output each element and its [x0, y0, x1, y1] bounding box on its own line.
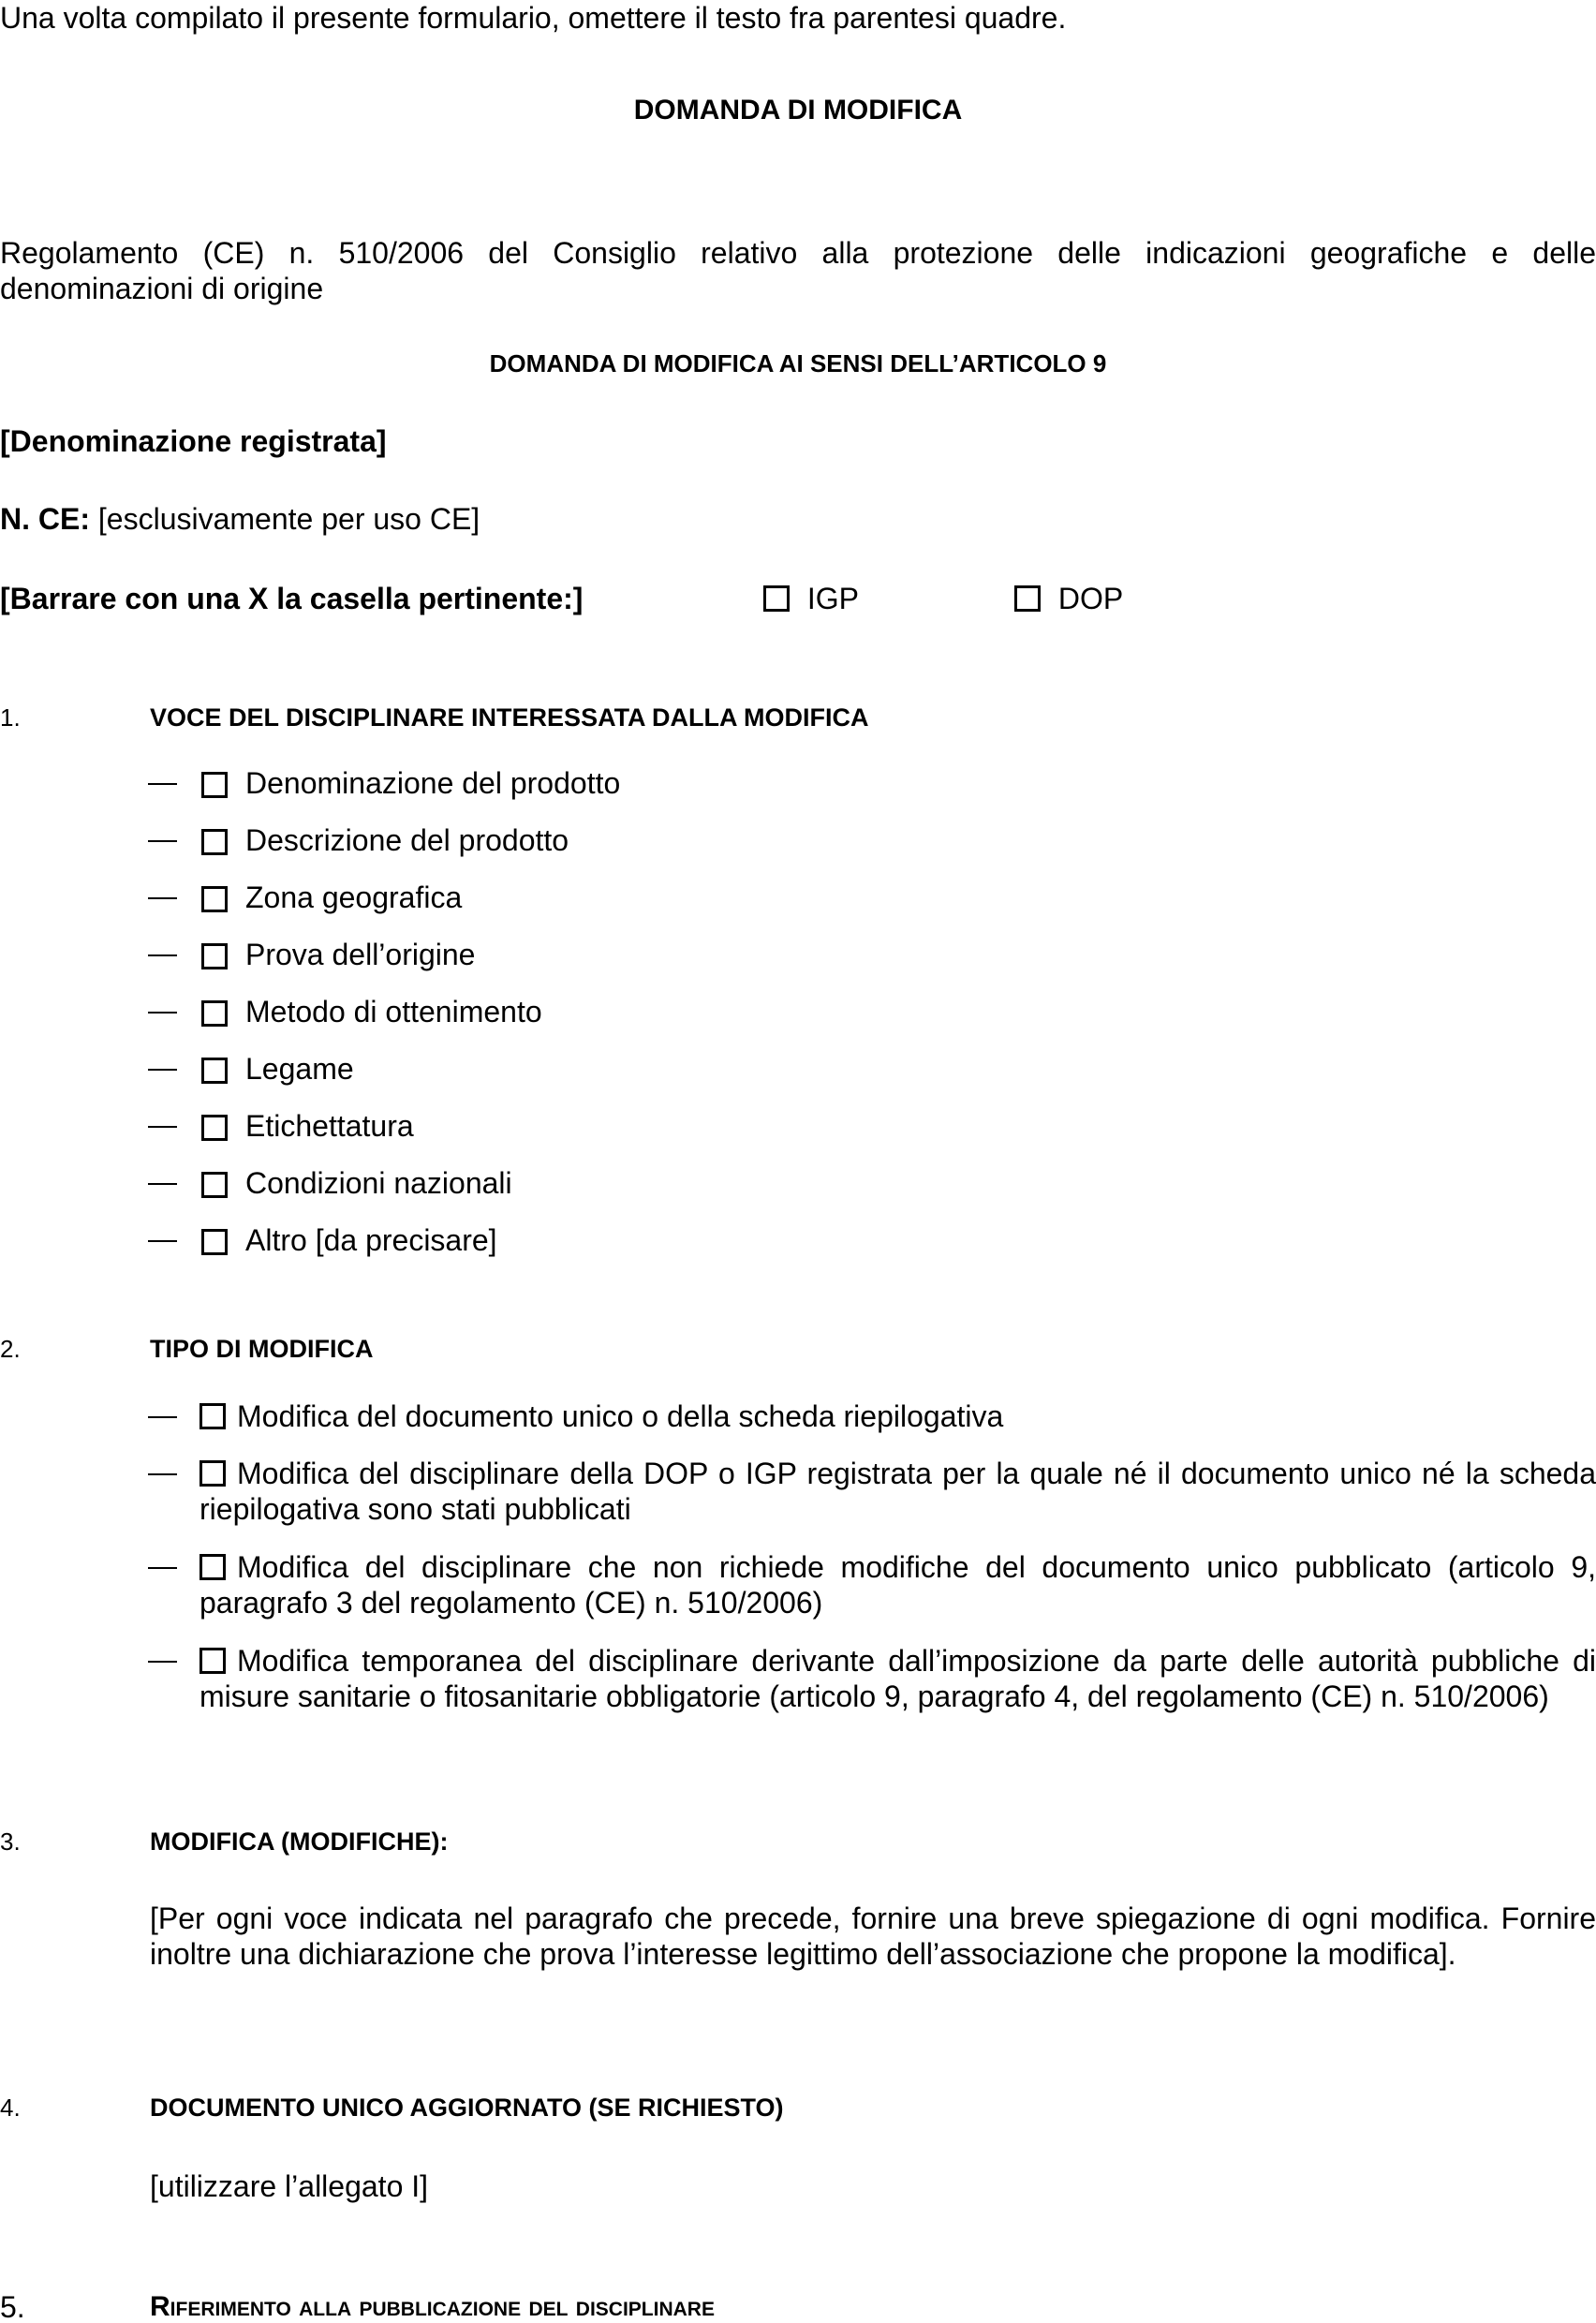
- checklist-item-label[interactable]: Descrizione del prodotto: [245, 822, 569, 858]
- dash-marker: [148, 897, 177, 899]
- item-label: Modifica del disciplinare che non richie…: [199, 1550, 1596, 1620]
- ce-number-value: [esclusivamente per uso CE]: [98, 502, 480, 536]
- modification-type-item[interactable]: Modifica temporanea del disciplinare der…: [199, 1643, 1596, 1714]
- checkbox[interactable]: [201, 829, 228, 855]
- regulation-line-2: denominazioni di origine: [0, 271, 323, 306]
- dash-marker: [148, 840, 177, 842]
- checkbox-dop[interactable]: [1014, 585, 1041, 612]
- checkbox[interactable]: [201, 886, 228, 912]
- section-3-instructions: [Per ogni voce indicata nel paragrafo ch…: [150, 1901, 1596, 1972]
- option-dop[interactable]: DOP: [1014, 581, 1123, 616]
- dash-marker: [148, 1012, 177, 1014]
- item-label: Modifica temporanea del disciplinare der…: [199, 1644, 1596, 1713]
- dash-marker: [148, 1183, 177, 1185]
- document-title: DOMANDA DI MODIFICA: [0, 94, 1596, 127]
- regulation-line-1: Regolamento (CE) n. 510/2006 del Consigl…: [0, 235, 1596, 271]
- document-subtitle: DOMANDA DI MODIFICA AI SENSI DELL’ARTICO…: [0, 348, 1596, 378]
- checkbox-igp[interactable]: [763, 585, 790, 612]
- option-igp-label: IGP: [807, 582, 859, 615]
- dash-marker: [148, 1240, 177, 1242]
- dash-marker: [148, 1661, 177, 1663]
- dash-marker: [148, 1069, 177, 1071]
- checklist-item-label[interactable]: Denominazione del prodotto: [245, 765, 620, 801]
- dash-marker: [148, 1473, 177, 1475]
- checklist-item-label[interactable]: Legame: [245, 1051, 354, 1087]
- section-4-instructions: [utilizzare l’allegato I]: [150, 2168, 428, 2204]
- section-4-number: 4.: [0, 2093, 21, 2123]
- checkbox[interactable]: [201, 772, 228, 798]
- section-1-title: VOCE DEL DISCIPLINARE INTERESSATA DALLA …: [150, 703, 869, 732]
- checklist-item-label[interactable]: Prova dell’origine: [245, 937, 475, 972]
- checklist-item-label[interactable]: Altro [da precisare]: [245, 1222, 497, 1258]
- ce-number-row: N. CE: [esclusivamente per uso CE]: [0, 501, 480, 537]
- checkbox[interactable]: [201, 1058, 228, 1084]
- modification-type-item[interactable]: Modifica del documento unico o della sch…: [199, 1398, 1596, 1434]
- checkbox[interactable]: [199, 1554, 226, 1580]
- option-igp[interactable]: IGP: [763, 581, 859, 616]
- item-label: Modifica del documento unico o della sch…: [237, 1399, 1003, 1433]
- section-3-title: MODIFICA (MODIFICHE):: [150, 1827, 448, 1857]
- section-4-title: DOCUMENTO UNICO AGGIORNATO (SE RICHIESTO…: [150, 2093, 784, 2123]
- checkbox[interactable]: [201, 943, 228, 969]
- option-dop-label: DOP: [1058, 582, 1123, 615]
- dash-marker: [148, 954, 177, 956]
- checklist-item-label[interactable]: Metodo di ottenimento: [245, 994, 542, 1029]
- modification-type-item[interactable]: Modifica del disciplinare che non richie…: [199, 1549, 1596, 1620]
- checkbox[interactable]: [199, 1648, 226, 1674]
- checklist-item-label[interactable]: Zona geografica: [245, 880, 462, 915]
- type-selection-label: [Barrare con una X la casella pertinente…: [0, 581, 583, 616]
- checkbox[interactable]: [201, 1115, 228, 1141]
- checklist-item-label[interactable]: Etichettatura: [245, 1108, 414, 1144]
- section-3-number: 3.: [0, 1827, 21, 1857]
- dash-marker: [148, 783, 177, 785]
- checkbox[interactable]: [201, 1000, 228, 1027]
- registered-name-field[interactable]: [Denominazione registrata]: [0, 423, 387, 459]
- modification-type-item[interactable]: Modifica del disciplinare della DOP o IG…: [199, 1456, 1596, 1527]
- checkbox[interactable]: [201, 1229, 228, 1255]
- section-5-title: Riferimento alla pubblicazione del disci…: [150, 2289, 715, 2323]
- dash-marker: [148, 1567, 177, 1569]
- section-5-number: 5.: [0, 2289, 25, 2323]
- checkbox[interactable]: [199, 1460, 226, 1487]
- section-2-title: TIPO DI MODIFICA: [150, 1334, 374, 1364]
- checklist-item-label[interactable]: Condizioni nazionali: [245, 1165, 512, 1201]
- instruction-text: Una volta compilato il presente formular…: [0, 0, 1066, 36]
- ce-number-label: N. CE:: [0, 502, 90, 536]
- item-label: Modifica del disciplinare della DOP o IG…: [199, 1457, 1596, 1526]
- dash-marker: [148, 1416, 177, 1418]
- checkbox[interactable]: [199, 1403, 226, 1429]
- dash-marker: [148, 1126, 177, 1128]
- checkbox[interactable]: [201, 1172, 228, 1198]
- section-2-number: 2.: [0, 1334, 21, 1364]
- section-1-number: 1.: [0, 703, 21, 732]
